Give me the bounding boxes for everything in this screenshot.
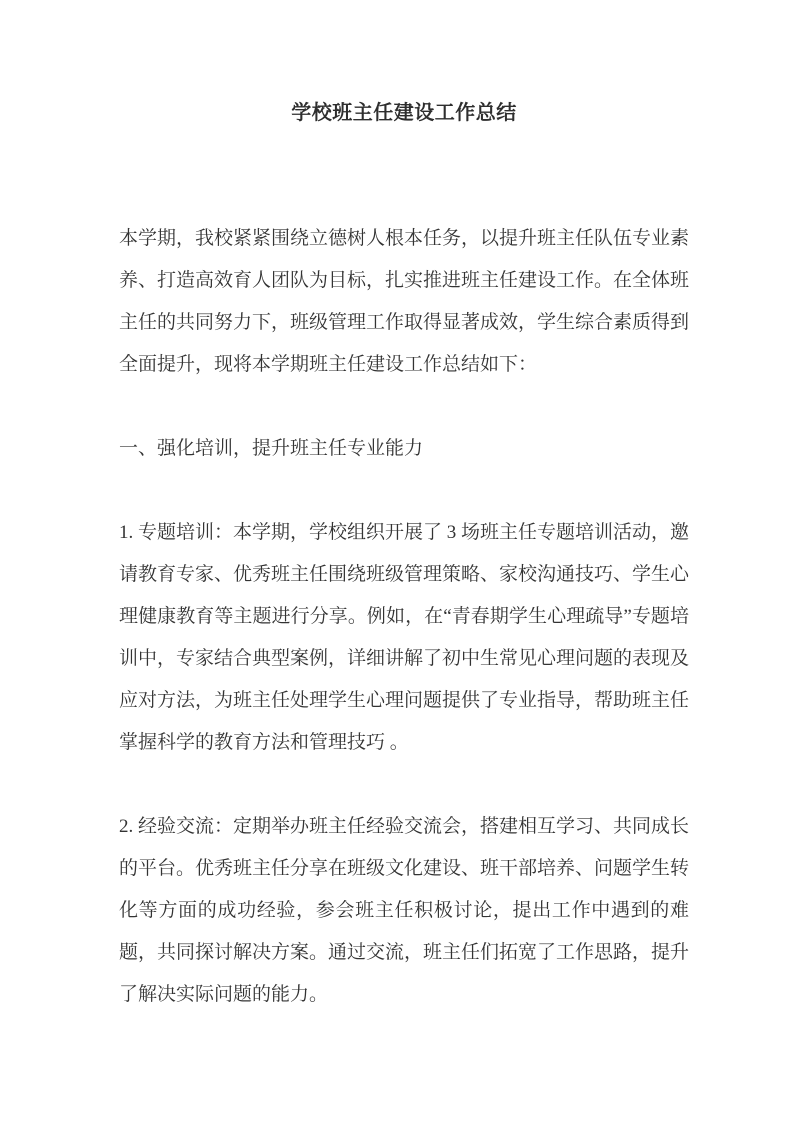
document-page: 学校班主任建设工作总结 本学期，我校紧紧围绕立德树人根本任务，以提升班主任队伍专… [0, 0, 793, 1122]
item-paragraph-1: 1. 专题培训：本学期，学校组织开展了 3 场班主任专题培训活动，邀请教育专家、… [119, 512, 689, 764]
document-title: 学校班主任建设工作总结 [119, 92, 689, 134]
intro-paragraph: 本学期，我校紧紧围绕立德树人根本任务，以提升班主任队伍专业素养、打造高效育人团队… [119, 218, 689, 386]
item-paragraph-2: 2. 经验交流：定期举办班主任经验交流会，搭建相互学习、共同成长的平台。优秀班主… [119, 806, 689, 1016]
section-heading-1: 一、强化培训，提升班主任专业能力 [119, 428, 689, 470]
